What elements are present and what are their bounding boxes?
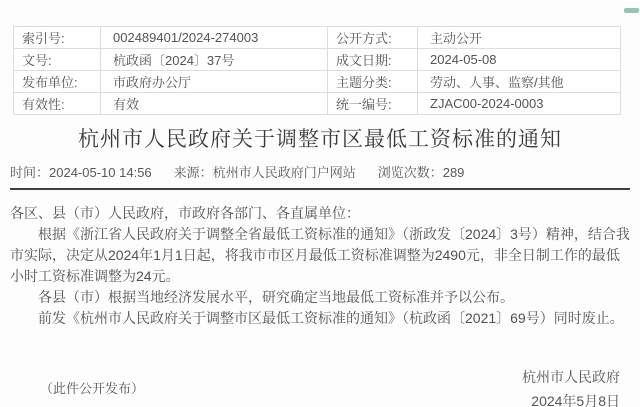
info-value-publisher: 市政府办公厅: [101, 71, 328, 93]
document-page: 索引号: 002489401/2024-274003 公开方式: 主动公开 文号…: [0, 0, 640, 407]
document-info-table: 索引号: 002489401/2024-274003 公开方式: 主动公开 文号…: [13, 26, 621, 115]
info-row: 索引号: 002489401/2024-274003 公开方式: 主动公开: [14, 27, 621, 49]
title-divider: [10, 188, 630, 190]
body-paragraph: 各县（市）根据当地经济发展水平，研究确定当地最低工资标准并予以公布。: [10, 287, 630, 308]
teal-mark-decoration: [624, 8, 639, 13]
document-body: 各区、县（市）人民政府，市政府各部门、各直属单位： 根据《浙江省人民政府关于调整…: [10, 203, 630, 329]
view-count-value: 289: [443, 165, 465, 180]
info-row: 有效性: 有效 统一编号: ZJAC00-2024-0003: [14, 93, 621, 115]
body-paragraph: 前发《杭州市人民政府关于调整市区最低工资标准的通知》（杭政函〔2021〕69号）…: [10, 308, 630, 329]
meta-line: 时间：2024-05-10 14:56来源：杭州市人民政府门户网站浏览次数：28…: [10, 162, 640, 181]
info-row: 发布单位: 市政府办公厅 主题分类: 劳动、人事、监察/其他: [14, 71, 621, 93]
info-value-disclosure-method: 主动公开: [418, 27, 621, 49]
publish-time-label: 时间：: [10, 165, 49, 180]
info-value-doc-number: 杭政函〔2024〕37号: [101, 49, 328, 71]
info-label-topic-category: 主题分类:: [328, 71, 418, 93]
view-count-label: 浏览次数：: [378, 165, 443, 180]
info-label-index-number: 索引号:: [14, 27, 101, 49]
source-value: 杭州市人民政府门户网站: [213, 165, 356, 180]
publish-time: 时间：2024-05-10 14:56: [10, 165, 152, 180]
body-paragraph: 根据《浙江省人民政府关于调整全省最低工资标准的通知》（浙政发〔2024〕3号）精…: [10, 224, 630, 287]
info-label-doc-number: 文号:: [14, 49, 101, 71]
info-label-unified-number: 统一编号:: [328, 93, 418, 115]
info-value-index-number: 002489401/2024-274003: [101, 27, 328, 49]
info-value-unified-number: ZJAC00-2024-0003: [418, 93, 621, 115]
info-label-validity: 有效性:: [14, 93, 101, 115]
publish-time-value: 2024-05-10 14:56: [49, 165, 152, 180]
info-label-publisher: 发布单位:: [14, 71, 101, 93]
source: 来源：杭州市人民政府门户网站: [174, 165, 356, 180]
source-label: 来源：: [174, 165, 213, 180]
info-label-issue-date: 成文日期:: [328, 49, 418, 71]
info-label-disclosure-method: 公开方式:: [328, 27, 418, 49]
salutation: 各区、县（市）人民政府，市政府各部门、各直属单位：: [10, 203, 630, 224]
info-value-issue-date: 2024-05-08: [418, 49, 621, 71]
view-count: 浏览次数：289: [378, 165, 465, 180]
page-title: 杭州市人民政府关于调整市区最低工资标准的通知: [10, 123, 630, 153]
info-value-validity: 有效: [101, 93, 328, 115]
info-value-topic-category: 劳动、人事、监察/其他: [418, 71, 621, 93]
info-row: 文号: 杭政函〔2024〕37号 成文日期: 2024-05-08: [14, 49, 621, 71]
footer-note: （此件公开发布）: [40, 378, 144, 397]
